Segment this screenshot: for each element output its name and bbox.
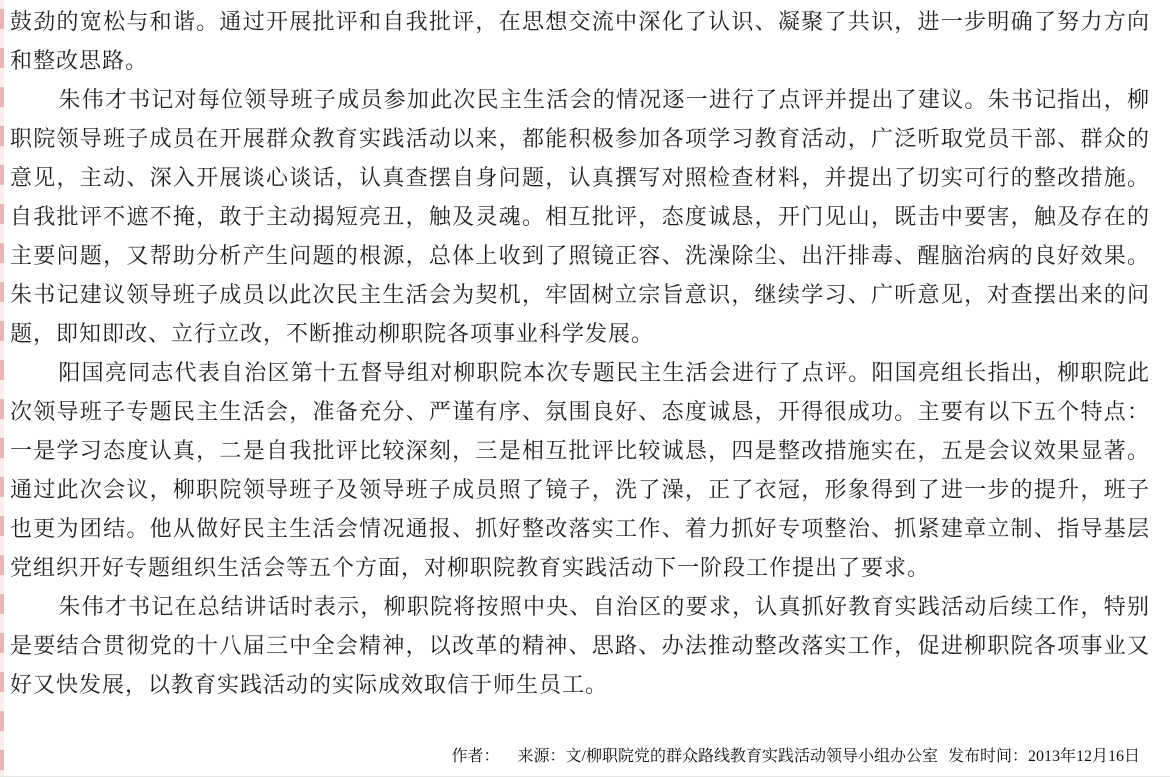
publish-time-label: 发布时间： [948,748,1028,765]
article-paragraph: 朱伟才书记对每位领导班子成员参加此次民主生活会的情况逐一进行了点评并提出了建议。… [10,80,1150,353]
article-paragraph: 朱伟才书记在总结讲话时表示，柳职院将按照中央、自治区的要求，认真抓好教育实践活动… [10,587,1150,704]
source-value: 文/柳职院党的群众路线教育实践活动领导小组办公室 [566,748,938,765]
source-label: 来源： [518,748,566,765]
left-edge-artifact-strip [0,0,4,776]
article-paragraph: 鼓劲的宽松与和谐。通过开展批评和自我批评，在思想交流中深化了认识、凝聚了共识，进… [10,2,1150,80]
author-label: 作者： [451,748,499,765]
publish-time-value: 2013年12月16日 [1028,748,1140,765]
article-paragraph: 阳国亮同志代表自治区第十五督导组对柳职院本次专题民主生活会进行了点评。阳国亮组长… [10,353,1150,587]
article-meta: 作者：来源：文/柳职院党的群众路线教育实践活动领导小组办公室发布时间：2013年… [451,746,1140,768]
article-page: 鼓劲的宽松与和谐。通过开展批评和自我批评，在思想交流中深化了认识、凝聚了共识，进… [0,0,1170,777]
article-body: 鼓劲的宽松与和谐。通过开展批评和自我批评，在思想交流中深化了认识、凝聚了共识，进… [10,2,1150,704]
